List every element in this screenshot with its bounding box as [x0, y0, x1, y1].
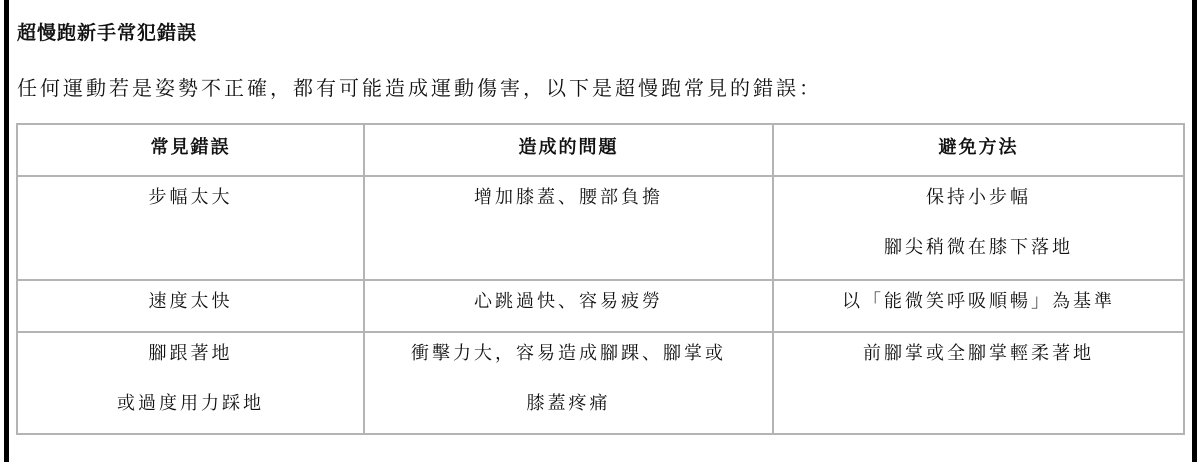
- cell-text: 心跳過快、容易疲勞: [371, 281, 766, 331]
- cell-text: 速度太快: [24, 281, 357, 331]
- cell-text: 前腳掌或全腳掌輕柔著地: [780, 333, 1177, 383]
- mistake-cell: 步幅太大: [17, 176, 364, 280]
- problem-cell: 衝擊力大，容易造成腳踝、腳掌或 膝蓋疼痛: [364, 332, 773, 434]
- intro-paragraph: 任何運動若是姿勢不正確，都有可能造成運動傷害，以下是超慢跑常見的錯誤：: [17, 74, 822, 102]
- table-row: 速度太快 心跳過快、容易疲勞 以「能微笑呼吸順暢」為基準: [17, 280, 1184, 332]
- mistakes-table: 常見錯誤 造成的問題 避免方法 步幅太大 增加膝蓋、腰部負擔 保持小步幅 腳尖稍…: [16, 123, 1185, 435]
- table-row: 腳跟著地 或過度用力踩地 衝擊力大，容易造成腳踝、腳掌或 膝蓋疼痛 前腳掌或全腳…: [17, 332, 1184, 434]
- cell-text: 保持小步幅: [780, 177, 1177, 227]
- solution-cell: 以「能微笑呼吸順暢」為基準: [773, 280, 1184, 332]
- cell-text: 腳尖稍微在膝下落地: [780, 227, 1177, 277]
- section-heading: 超慢跑新手常犯錯誤: [17, 20, 197, 46]
- cell-text: 步幅太大: [24, 177, 357, 227]
- header-common-mistakes: 常見錯誤: [17, 124, 364, 176]
- cell-text: 腳跟著地: [24, 333, 357, 383]
- solution-cell: 前腳掌或全腳掌輕柔著地: [773, 332, 1184, 434]
- cell-text: 衝擊力大，容易造成腳踝、腳掌或: [371, 333, 766, 383]
- header-how-to-avoid: 避免方法: [773, 124, 1184, 176]
- header-resulting-problems: 造成的問題: [364, 124, 773, 176]
- mistake-cell: 腳跟著地 或過度用力踩地: [17, 332, 364, 434]
- solution-cell: 保持小步幅 腳尖稍微在膝下落地: [773, 176, 1184, 280]
- problem-cell: 心跳過快、容易疲勞: [364, 280, 773, 332]
- cell-text: 以「能微笑呼吸順暢」為基準: [780, 281, 1177, 331]
- page-frame-left-border: [4, 0, 9, 462]
- cell-text: 膝蓋疼痛: [371, 383, 766, 433]
- table-row: 步幅太大 增加膝蓋、腰部負擔 保持小步幅 腳尖稍微在膝下落地: [17, 176, 1184, 280]
- cell-text: 或過度用力踩地: [24, 383, 357, 433]
- table-header-row: 常見錯誤 造成的問題 避免方法: [17, 124, 1184, 176]
- cell-text: 增加膝蓋、腰部負擔: [371, 177, 766, 227]
- page-frame-right-border: [1192, 0, 1197, 462]
- mistake-cell: 速度太快: [17, 280, 364, 332]
- problem-cell: 增加膝蓋、腰部負擔: [364, 176, 773, 280]
